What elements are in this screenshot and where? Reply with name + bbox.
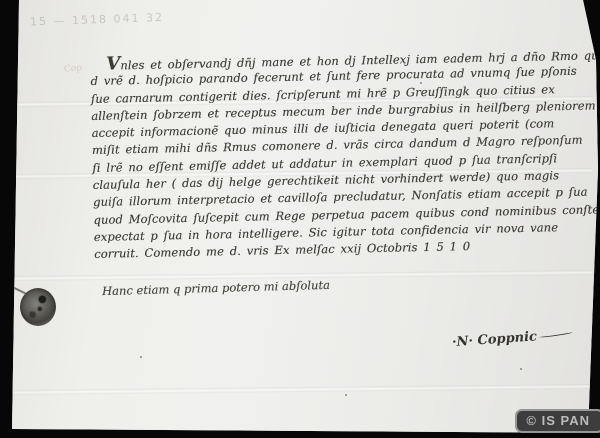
fold-crease	[14, 384, 592, 395]
signature-text: ·N· Coppnic	[452, 329, 538, 350]
wax-seal-stain	[20, 288, 56, 326]
seal-tail-stroke	[2, 281, 26, 294]
dust-speck	[140, 356, 142, 358]
pencil-catalog-note: 15 — 1518 041 32	[30, 9, 230, 29]
signature-flourish-stroke	[539, 331, 573, 339]
signature: ·N· Coppnic	[452, 327, 574, 350]
pencil-mark: Cop	[64, 63, 83, 74]
watermark-badge: © IS PAN	[515, 409, 600, 433]
dust-speck	[345, 394, 347, 396]
dust-speck	[420, 82, 422, 84]
manuscript-paper: 15 — 1518 041 32 Cop Vnles et obſervandj…	[0, 0, 600, 438]
dust-speck	[520, 368, 522, 370]
photo-background: 15 — 1518 041 32 Cop Vnles et obſervandj…	[0, 0, 600, 438]
postscript-line: Hanc etiam q prima potero mi abſoluta	[102, 278, 330, 298]
letter-text-block: Vnles et obſervandj dñj mane et hon dj I…	[90, 46, 576, 264]
